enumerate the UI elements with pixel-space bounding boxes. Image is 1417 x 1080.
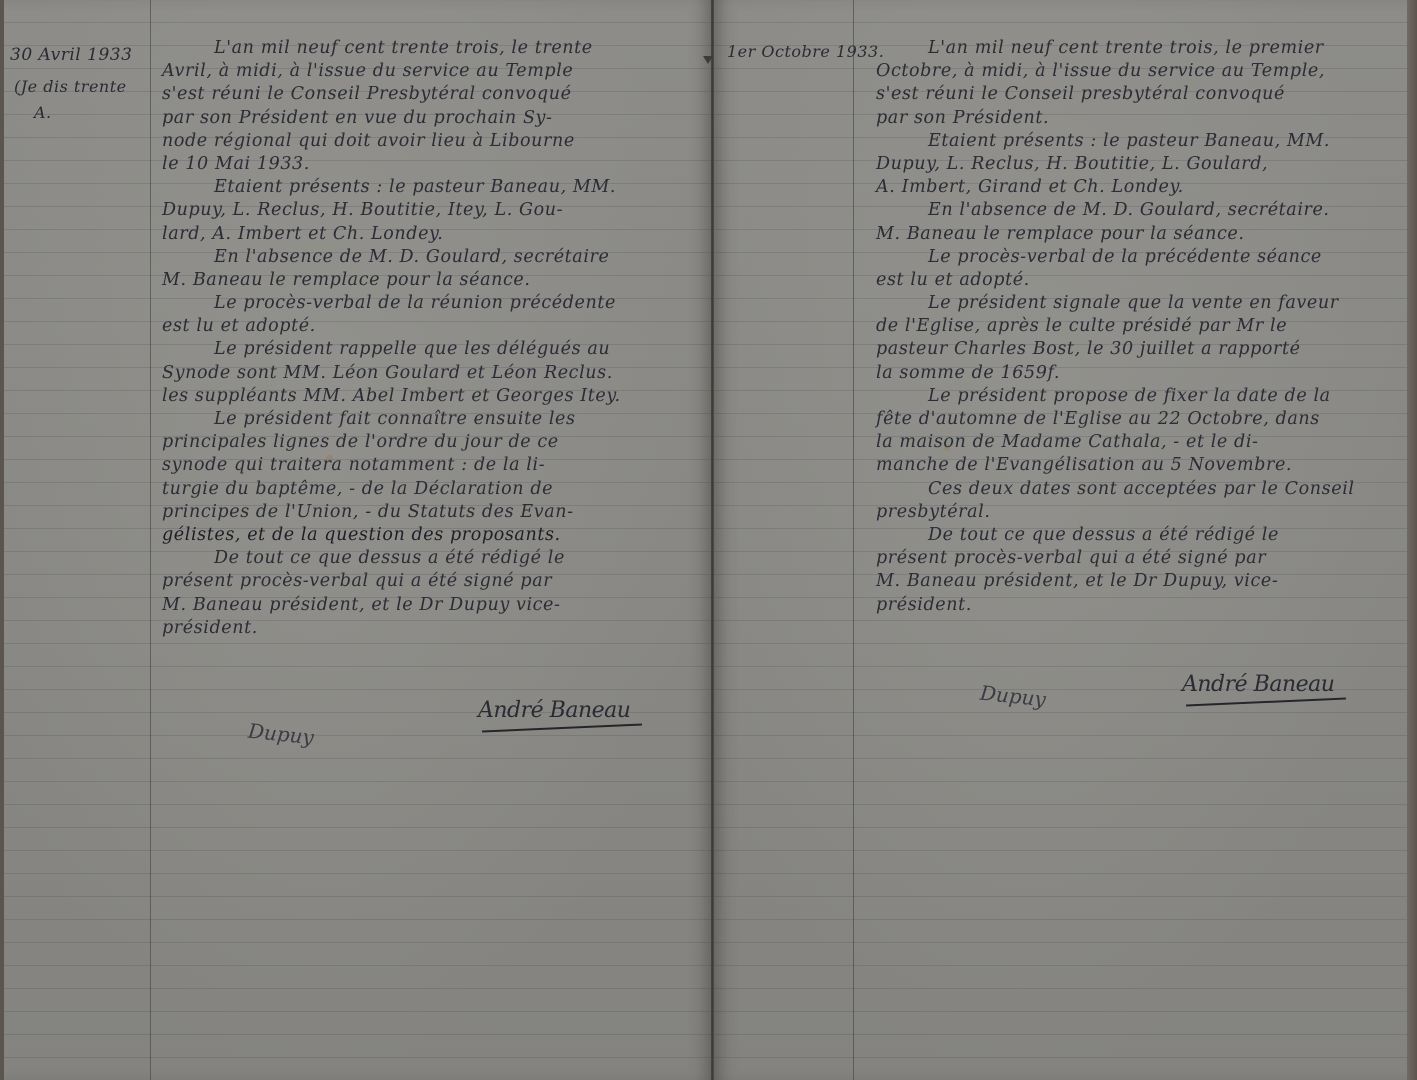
right-margin-date: 1er Octobre 1933.: [727, 39, 884, 65]
entry-date: 1er Octobre 1933.: [727, 42, 884, 61]
text-line: turgie du baptême, - de la Déclaration d…: [162, 478, 702, 501]
text-line: M. Baneau le remplace pour la séance.: [876, 223, 1406, 246]
signature-president-right: André Baneau: [1182, 672, 1334, 697]
text-line: M. Baneau président, et le Dr Dupuy vice…: [162, 594, 702, 617]
text-line: Le président signale que la vente en fav…: [876, 292, 1406, 315]
text-line: M. Baneau le remplace pour la séance.: [162, 269, 702, 292]
text-line: par son Président en vue du prochain Sy-: [162, 107, 702, 130]
signature-president-left: André Baneau: [478, 698, 630, 723]
text-line: pasteur Charles Bost, le 30 juillet a ra…: [876, 338, 1406, 361]
text-line: L'an mil neuf cent trente trois, le tren…: [162, 37, 702, 60]
text-line: A. Imbert, Girand et Ch. Londey.: [876, 176, 1406, 199]
text-line: la somme de 1659f.: [876, 362, 1406, 385]
text-line: s'est réuni le Conseil Presbytéral convo…: [162, 83, 702, 106]
text-line: les suppléants MM. Abel Imbert et George…: [162, 385, 702, 408]
text-line: Le président rappelle que les délégués a…: [162, 338, 702, 361]
text-line: De tout ce que dessus a été rédigé le: [162, 547, 702, 570]
text-line: manche de l'Evangélisation au 5 Novembre…: [876, 454, 1406, 477]
signature-text: André Baneau: [1182, 672, 1334, 697]
text-line: Le président fait connaître ensuite les: [162, 408, 702, 431]
text-line: Avril, à midi, à l'issue du service au T…: [162, 60, 702, 83]
text-line: Octobre, à midi, à l'issue du service au…: [876, 60, 1406, 83]
entry-date: 30 Avril 1933: [10, 45, 132, 65]
text-line: Dupuy, L. Reclus, H. Boutitie, L. Goular…: [876, 153, 1406, 176]
text-line: Le président propose de fixer la date de…: [876, 385, 1406, 408]
text-line: le 10 Mai 1933.: [162, 153, 702, 176]
text-line: En l'absence de M. D. Goulard, secrétair…: [162, 246, 702, 269]
text-line: président.: [876, 594, 1406, 617]
register-spread: 30 Avril 1933 (Je dis trente A. L'an mil…: [0, 0, 1417, 1080]
text-line: principales lignes de l'ordre du jour de…: [162, 431, 702, 454]
text-line: synode qui traitera notamment : de la li…: [162, 454, 702, 477]
margin-note-line: A.: [14, 100, 127, 126]
text-line: Le procès-verbal de la réunion précédent…: [162, 292, 702, 315]
text-line: la maison de Madame Cathala, - et le di-: [876, 431, 1406, 454]
text-line: De tout ce que dessus a été rédigé le: [876, 524, 1406, 547]
text-line: fête d'automne de l'Eglise au 22 Octobre…: [876, 408, 1406, 431]
text-line: de l'Eglise, après le culte présidé par …: [876, 315, 1406, 338]
text-line: L'an mil neuf cent trente trois, le prem…: [876, 37, 1406, 60]
text-line: node régional qui doit avoir lieu à Libo…: [162, 130, 702, 153]
text-line: Ces deux dates sont acceptées par le Con…: [876, 478, 1406, 501]
text-line: principes de l'Union, - du Statuts des E…: [162, 501, 702, 524]
book-edge-right: [1407, 0, 1417, 1080]
text-line: Synode sont MM. Léon Goulard et Léon Rec…: [162, 362, 702, 385]
text-line: s'est réuni le Conseil presbytéral convo…: [876, 83, 1406, 106]
text-line: En l'absence de M. D. Goulard, secrétair…: [876, 199, 1406, 222]
text-line: Etaient présents : le pasteur Baneau, MM…: [876, 130, 1406, 153]
text-line: Dupuy, L. Reclus, H. Boutitie, Itey, L. …: [162, 199, 702, 222]
text-line: Le procès-verbal de la précédente séance: [876, 246, 1406, 269]
text-line: présent procès-verbal qui a été signé pa…: [162, 570, 702, 593]
text-line: gélistes, et de la question des proposan…: [162, 524, 702, 547]
left-entry-body: L'an mil neuf cent trente trois, le tren…: [162, 37, 702, 640]
signature-text: André Baneau: [478, 698, 630, 723]
text-line: M. Baneau président, et le Dr Dupuy, vic…: [876, 570, 1406, 593]
margin-note-line: (Je dis trente: [14, 74, 127, 100]
text-line: presbytéral.: [876, 501, 1406, 524]
left-margin-note: (Je dis trente A.: [14, 74, 127, 126]
text-line: président.: [162, 617, 702, 640]
text-line: est lu et adopté.: [876, 269, 1406, 292]
text-line: présent procès-verbal qui a été signé pa…: [876, 547, 1406, 570]
text-line: lard, A. Imbert et Ch. Londey.: [162, 223, 702, 246]
margin-rule: [150, 0, 151, 1080]
right-entry-body: L'an mil neuf cent trente trois, le prem…: [876, 37, 1406, 617]
text-line: est lu et adopté.: [162, 315, 702, 338]
text-line: par son Président.: [876, 107, 1406, 130]
text-line: Etaient présents : le pasteur Baneau, MM…: [162, 176, 702, 199]
margin-rule: [853, 0, 854, 1080]
binding-stitch-mark: [703, 56, 713, 64]
left-margin-date: 30 Avril 1933: [10, 42, 132, 68]
